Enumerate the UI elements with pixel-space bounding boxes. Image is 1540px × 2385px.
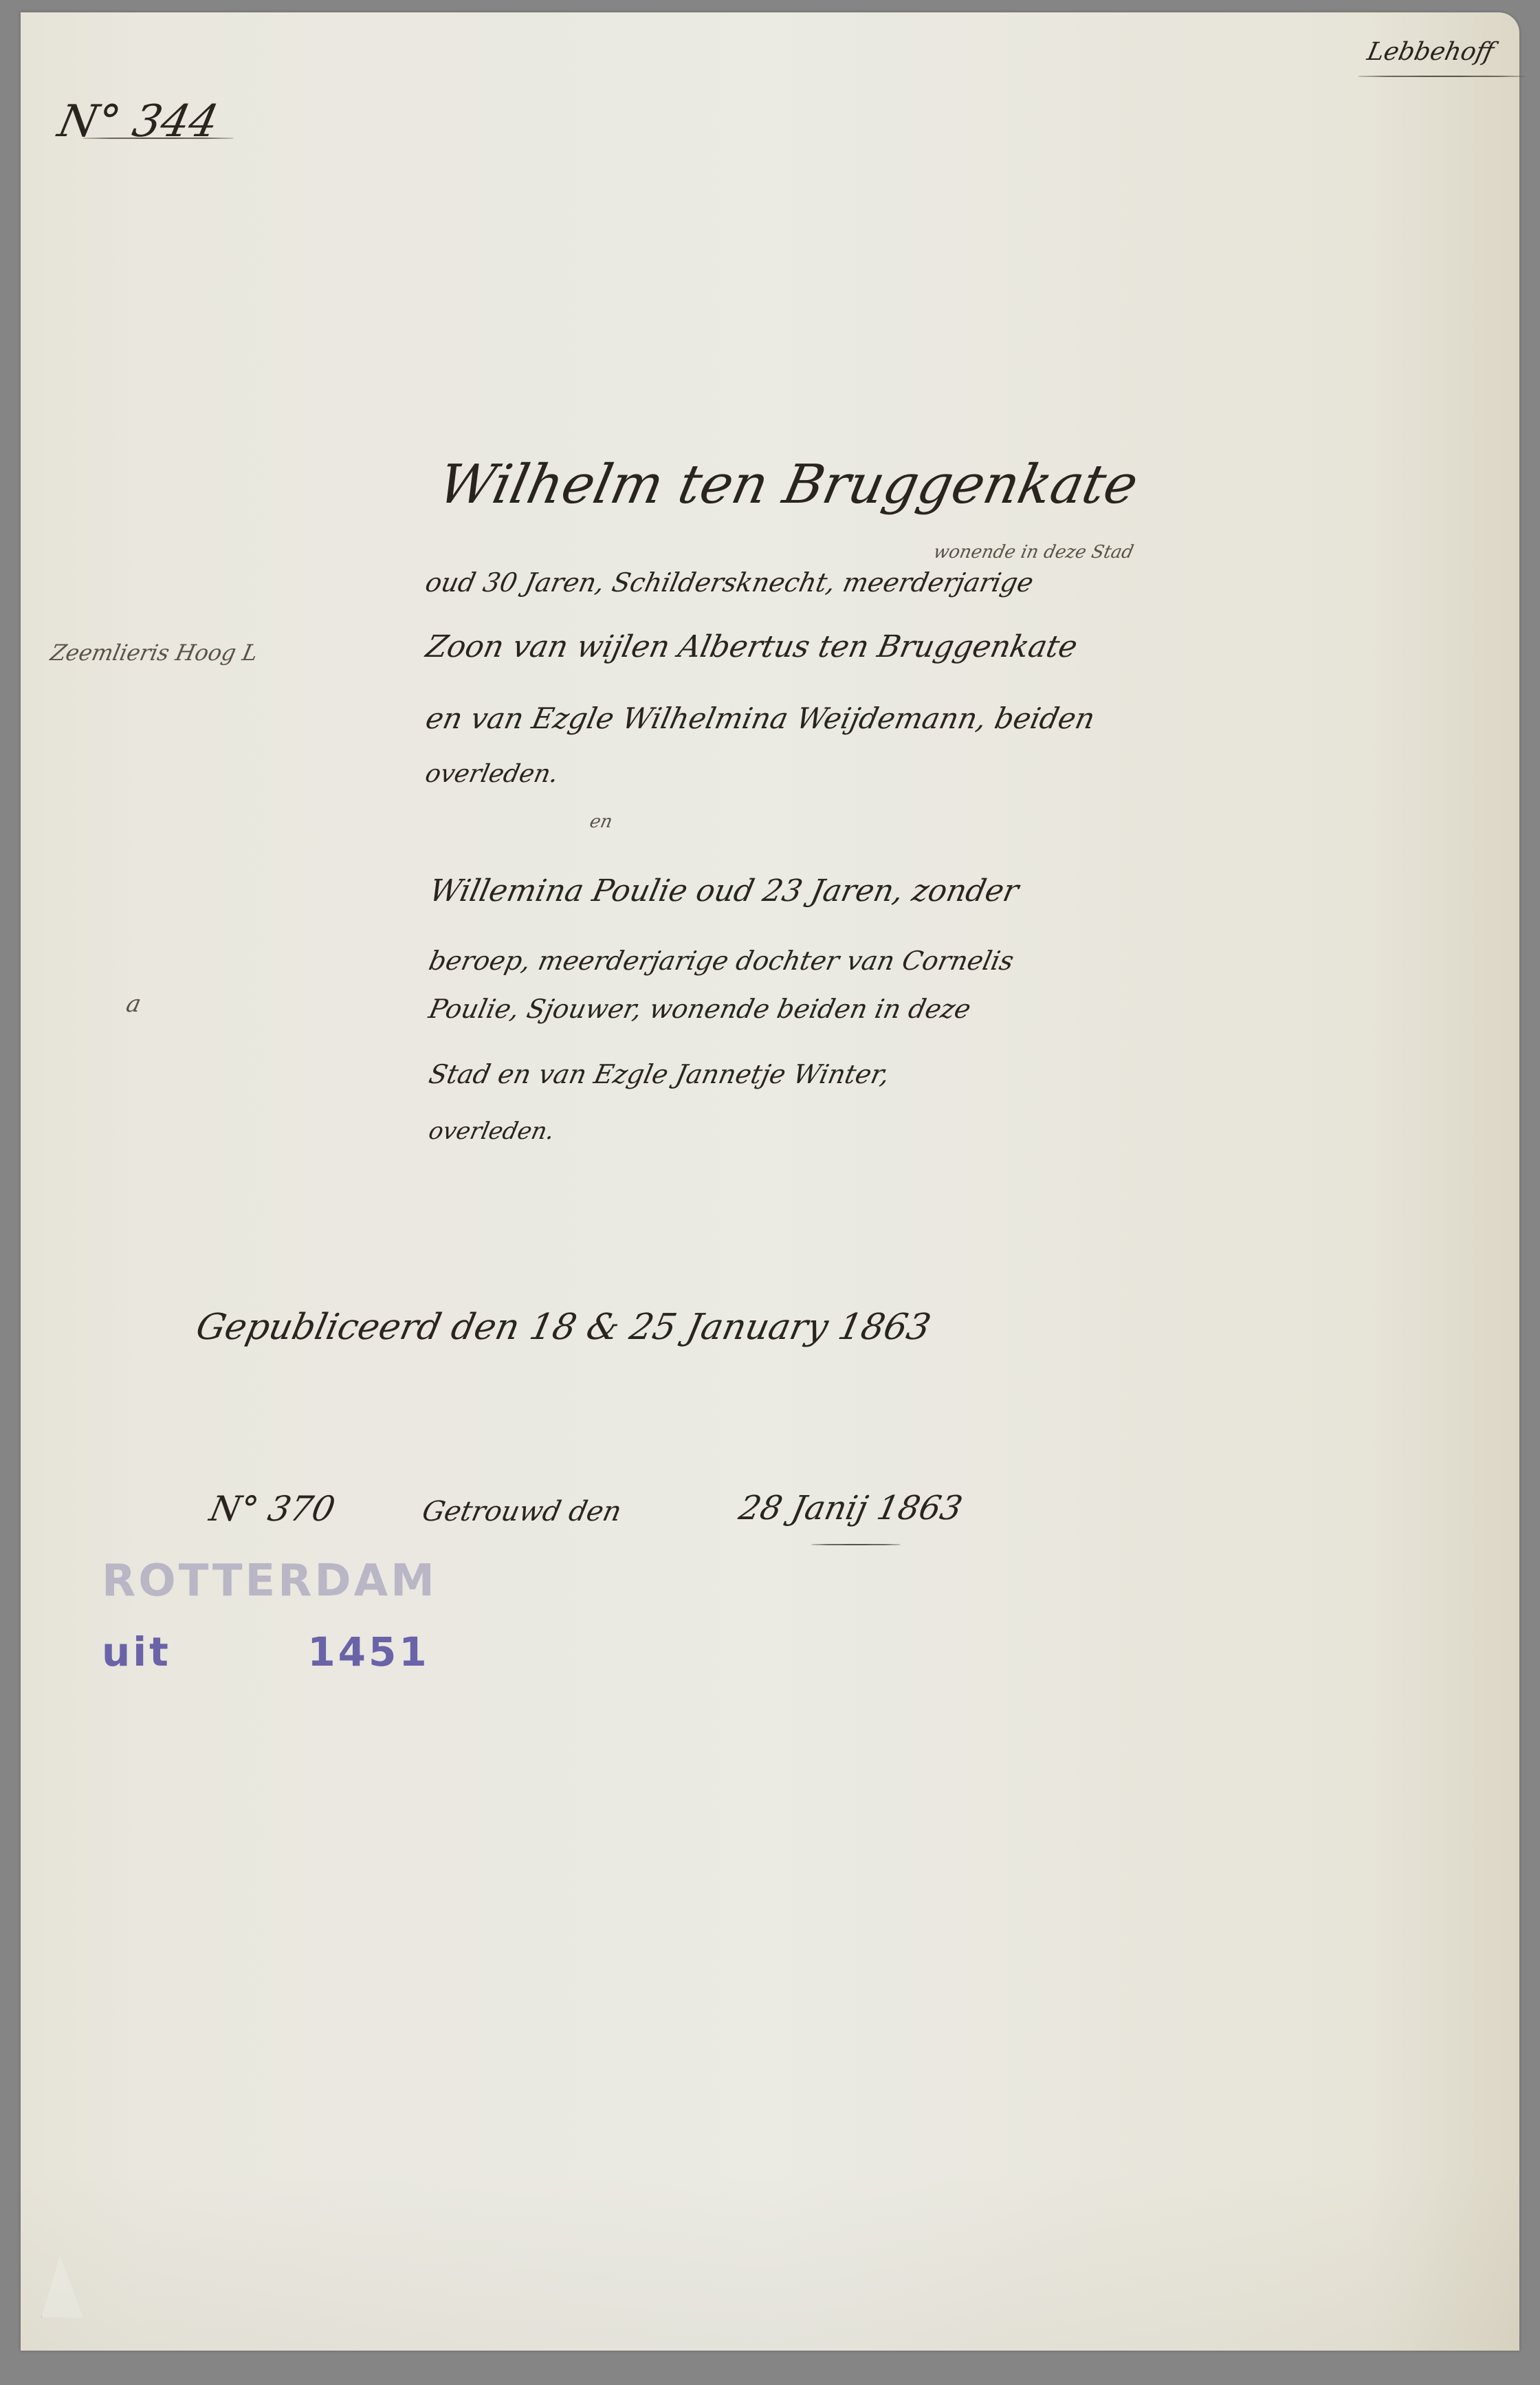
folded-corner bbox=[41, 2256, 83, 2318]
margin-note-witness: Zeemlieris Hoog L bbox=[48, 640, 260, 666]
archive-stamp-number: uit 1451 bbox=[102, 1629, 430, 1675]
stamp-number: 1451 bbox=[307, 1629, 429, 1675]
groom-line-2: oud 30 Jaren, Schildersknecht, meerderja… bbox=[423, 567, 1036, 598]
marriage-label: Getrouwd den bbox=[419, 1496, 624, 1527]
bride-line-2: beroep, meerderjarige dochter van Cornel… bbox=[426, 946, 1017, 976]
record-number: N° 344 bbox=[54, 96, 223, 147]
marriage-date: 28 Janij 1863 bbox=[736, 1489, 966, 1527]
groom-insertion: wonende in deze Stad bbox=[932, 542, 1136, 563]
bride-line-3: Poulie, Sjouwer, wonende beiden in deze bbox=[426, 994, 973, 1024]
groom-line-3: Zoon van wijlen Albertus ten Bruggenkate bbox=[423, 629, 1081, 664]
bride-line-4: Stad en van Ezgle Jannetje Winter, bbox=[426, 1059, 892, 1089]
document-page bbox=[21, 12, 1519, 2351]
connector-en: en bbox=[588, 812, 615, 832]
bride-line-1: Willemina Poulie oud 23 Jaren, zonder bbox=[426, 873, 1022, 908]
groom-line-4: en van Ezgle Wilhelmina Weijdemann, beid… bbox=[423, 701, 1098, 735]
groom-line-5: overleden. bbox=[423, 760, 561, 788]
archive-stamp-city: ROTTERDAM bbox=[102, 1556, 437, 1607]
publication-date: Gepubliceerd den 18 & 25 January 1863 bbox=[192, 1307, 934, 1348]
signature-underline bbox=[1358, 76, 1526, 77]
stamp-uit: uit bbox=[102, 1629, 171, 1675]
marriage-number: N° 370 bbox=[206, 1489, 338, 1529]
clerk-signature: Lebbehoff bbox=[1365, 38, 1497, 66]
record-number-underline bbox=[82, 138, 234, 139]
stamp-text: ROTTERDAM bbox=[102, 1556, 437, 1607]
date-underline bbox=[811, 1544, 901, 1545]
bride-line-5: overleden. bbox=[426, 1118, 557, 1145]
groom-line-1: Wilhelm ten Bruggenkate bbox=[433, 454, 1143, 516]
